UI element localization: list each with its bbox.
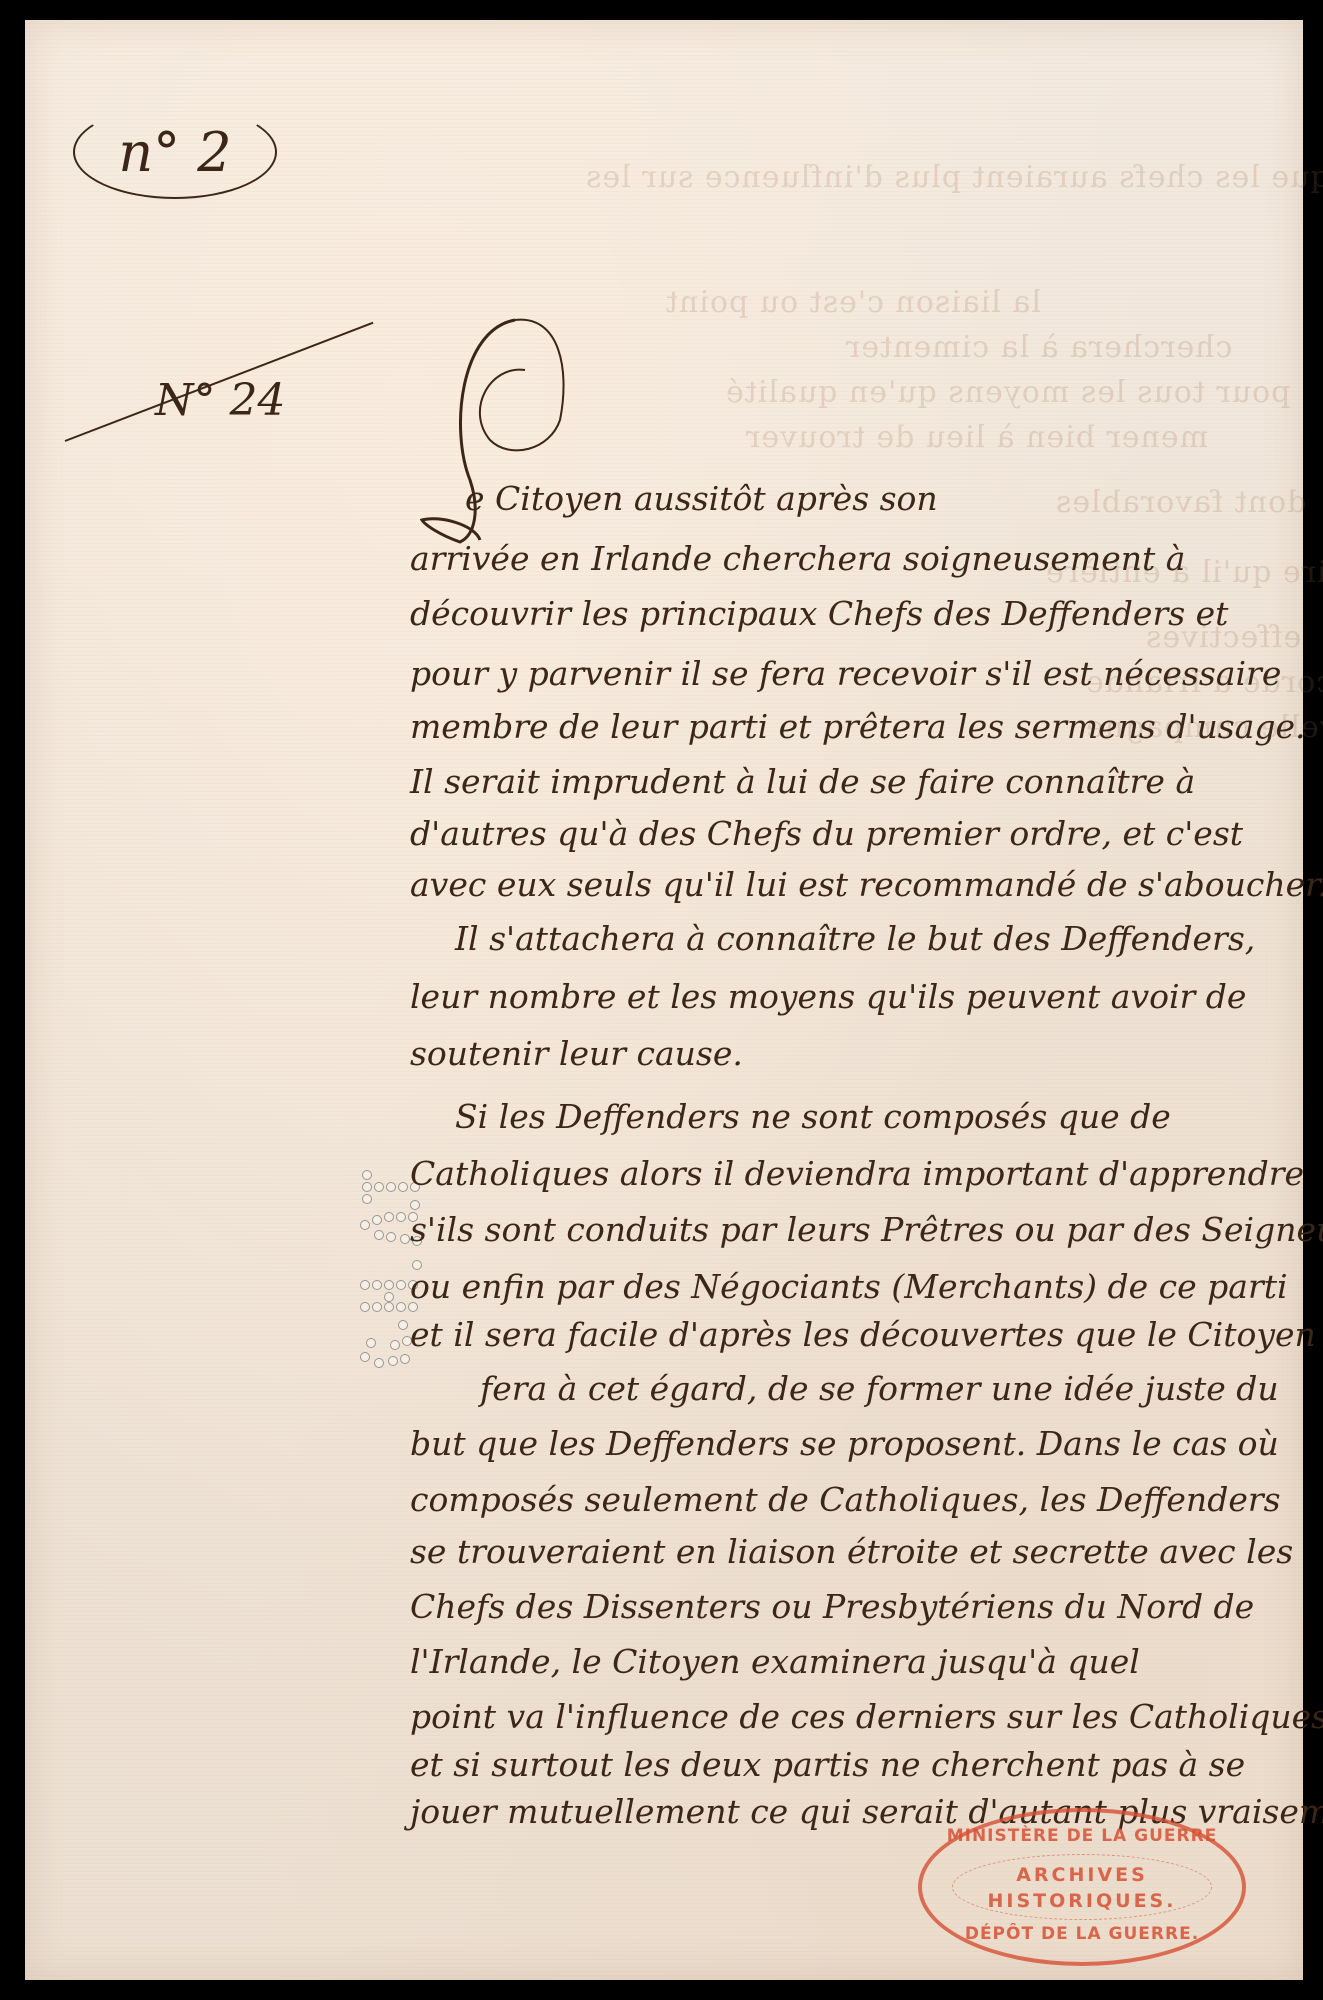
text-line-23: point va l'influence de ces derniers sur… <box>410 1700 1323 1733</box>
bleed-through-text: mener bien à lieu de trouver <box>745 420 1208 455</box>
manuscript-page: que les chefs auraient plus d'influence … <box>25 20 1303 1980</box>
bleed-through-text: dont favorables <box>1055 485 1306 520</box>
text-line-1: e Citoyen aussitôt après son <box>465 482 938 515</box>
stamp-line-4: DÉPÔT DE LA GUERRE. <box>922 1924 1242 1944</box>
corner-page-number-text: n° 2 <box>118 121 231 184</box>
text-line-11: soutenir leur cause. <box>410 1037 743 1070</box>
text-line-2: arrivée en Irlande cherchera soigneuseme… <box>410 542 1185 575</box>
text-line-19: composés seulement de Catholiques, les D… <box>410 1483 1281 1516</box>
text-line-22: l'Irlande, le Citoyen examinera jusqu'à … <box>410 1645 1140 1678</box>
text-line-5: membre de leur parti et prêtera les serm… <box>410 710 1306 743</box>
text-line-9: Il s'attachera à connaître le but des De… <box>455 922 1255 955</box>
text-line-24: et si surtout les deux partis ne cherche… <box>410 1748 1245 1781</box>
stamp-line-2: ARCHIVES <box>922 1864 1242 1886</box>
file-number: N° 24 <box>155 375 285 426</box>
stamp-line-3: HISTORIQUES. <box>922 1890 1242 1912</box>
text-line-7: d'autres qu'à des Chefs du premier ordre… <box>410 817 1243 850</box>
text-line-25: jouer mutuellement ce qui serait d'autan… <box>410 1795 1323 1828</box>
text-line-13: Catholiques alors il deviendra important… <box>410 1157 1304 1190</box>
archive-stamp: MINISTÈRE DE LA GUERRE ARCHIVES HISTORIQ… <box>918 1808 1246 1966</box>
stamp-line-1: MINISTÈRE DE LA GUERRE <box>922 1826 1242 1846</box>
text-line-18: but que les Deffenders se proposent. Dan… <box>410 1427 1279 1460</box>
text-line-3: découvrir les principaux Chefs des Deffe… <box>410 597 1228 630</box>
text-line-10: leur nombre et les moyens qu'ils peuvent… <box>410 980 1246 1013</box>
text-line-8: avec eux seuls qu'il lui est recommandé … <box>410 868 1323 901</box>
corner-page-number: n° 2 <box>73 105 277 199</box>
text-line-6: Il serait imprudent à lui de se faire co… <box>410 765 1195 798</box>
bleed-through-text: que les chefs auraient plus d'influence … <box>585 160 1323 195</box>
bleed-through-text: cherchera à la cimenter <box>845 330 1232 365</box>
bleed-through-text: pour tous les moyens qu'en qualité <box>725 375 1290 410</box>
text-line-14: s'ils sont conduits par leurs Prêtres ou… <box>410 1213 1323 1246</box>
text-line-17: fera à cet égard, de se former une idée … <box>480 1372 1279 1405</box>
text-line-4: pour y parvenir il se fera recevoir s'il… <box>410 657 1281 690</box>
text-line-12: Si les Deffenders ne sont composés que d… <box>455 1100 1171 1133</box>
text-line-16: et il sera facile d'après les découverte… <box>410 1318 1316 1351</box>
text-line-15: ou enfin par des Négociants (Merchants) … <box>410 1270 1288 1303</box>
text-line-21: Chefs des Dissenters ou Presbytériens du… <box>410 1590 1254 1623</box>
text-line-20: se trouveraient en liaison étroite et se… <box>410 1535 1293 1568</box>
bleed-through-text: la liaison c'est ou point <box>665 285 1041 320</box>
